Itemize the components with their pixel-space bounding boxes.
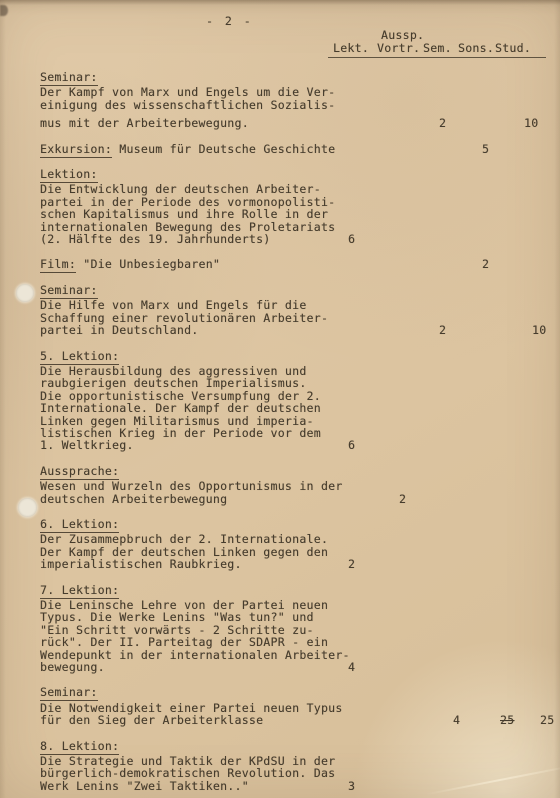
hours-value-lekt: 6 (348, 233, 355, 245)
hours-value-sons: 5 (482, 143, 489, 155)
hours-value-vortr: 2 (399, 493, 406, 505)
text-line: bewegung. (0, 661, 560, 673)
page-number: - 2 - (206, 15, 253, 27)
text-line: Die Entwicklung der deutschen Arbeiter- (0, 183, 560, 195)
section-seminar: Seminar:Die Notwendigkeit einer Partei n… (0, 686, 560, 726)
section-label: Aussprache: (40, 464, 119, 480)
hours-value-lekt: 4 (348, 661, 355, 673)
text-line: imperialistischen Raubkrieg. (0, 558, 560, 570)
text-line: deutschen Arbeiterbewegung (0, 493, 560, 505)
text-line: raubgierigen deutschen Imperialismus. (0, 377, 560, 389)
hole-punch-icon (18, 498, 37, 517)
section-film: Film: "Die Unbesiegbaren"2 (0, 258, 560, 270)
section-label: Exkursion: (40, 142, 112, 158)
text-line: bürgerlich-demokratischen Revolution. Da… (0, 767, 560, 779)
hours-value-sem: 4 (453, 714, 460, 726)
text-line: Wesen und Wurzeln des Opportunismus in d… (0, 480, 560, 492)
section-label: Film: (40, 257, 76, 273)
section-lektion: Lektion:Die Entwicklung der deutschen Ar… (0, 168, 560, 245)
hours-value-lekt: 6 (348, 439, 355, 451)
section-label-line: Lektion: (0, 168, 560, 180)
section-6-lektion: 6. Lektion:Der Zusammepbruch der 2. Inte… (0, 518, 560, 571)
column-header-vortr: Vortr. (377, 42, 420, 54)
text-line: schen Kapitalismus und ihre Rolle in der (0, 208, 560, 220)
section-label-line: Film: "Die Unbesiegbaren" (0, 258, 560, 270)
text-line: Internationale. Der Kampf der deutschen (0, 402, 560, 414)
text-line: Werk Lenins "Zwei Taktiken.." (0, 780, 560, 792)
hours-value-sem: 2 (439, 117, 446, 129)
text-line: 1. Weltkrieg. (0, 439, 560, 451)
text-line: Der Kampf von Marx und Engels um die Ver… (0, 86, 560, 98)
text-line: partei in Deutschland. (0, 324, 560, 336)
text-line: mus mit der Arbeiterbewegung. (0, 117, 560, 129)
section-seminar: Seminar:Die Hilfe von Marx und Engels fü… (0, 284, 560, 337)
corner-smudge (0, 5, 8, 16)
column-header-stud: Stud. (495, 42, 531, 54)
section-label-line: Exkursion: Museum für Deutsche Geschicht… (0, 143, 560, 155)
text-line: einigung des wissenschaftlichen Sozialis… (0, 99, 560, 111)
section-label-line: 8. Lektion: (0, 740, 560, 752)
text-line: Der Zusammepbruch der 2. Internationale. (0, 533, 560, 545)
hours-value-sem: 2 (439, 324, 446, 336)
section-label-line: Seminar: (0, 284, 560, 296)
section-label-line: 6. Lektion: (0, 518, 560, 530)
section-label: 8. Lektion: (40, 739, 119, 755)
hours-value-sons: 2 (482, 258, 489, 270)
hole-punch-icon (16, 284, 34, 302)
text-line: Die Hilfe von Marx und Engels für die (0, 299, 560, 311)
hours-value-stud: 10 (532, 324, 546, 336)
section-label-line: Seminar: (0, 71, 560, 83)
section-label-line: Seminar: (0, 686, 560, 698)
section-5-lektion: 5. Lektion:Die Herausbildung des aggress… (0, 350, 560, 452)
column-header-sem: Sem. (423, 42, 452, 54)
section-label: Seminar: (40, 685, 98, 701)
hours-value-lekt: 2 (348, 558, 355, 570)
section-exkursion: Exkursion: Museum für Deutsche Geschicht… (0, 143, 560, 155)
hours-value-stud: 25 (540, 714, 554, 726)
section-label: Seminar: (40, 283, 98, 299)
section-inline-text: "Die Unbesiegbaren" (76, 257, 220, 271)
section-inline-text: Museum für Deutsche Geschichte (112, 142, 335, 156)
section-label: 5. Lektion: (40, 349, 119, 365)
section-label-line: 5. Lektion: (0, 350, 560, 362)
section-7-lektion: 7. Lektion:Die Leninsche Lehre von der P… (0, 584, 560, 674)
hours-value-lekt: 3 (348, 780, 355, 792)
text-line: rück". Der II. Parteitag der SDAPR - ein (0, 636, 560, 648)
text-line: Typus. Die Werke Lenins "Was tun?" und (0, 611, 560, 623)
column-header-lekt: Lekt. (333, 42, 369, 54)
section-label-line: 7. Lektion: (0, 584, 560, 596)
section-seminar: Seminar:Der Kampf von Marx und Engels um… (0, 71, 560, 130)
document-page: - 2 - Aussp. Lekt.Vortr.Sem.Sons.Stud. S… (0, 0, 560, 798)
text-line: (2. Hälfte des 19. Jahrhunderts) (0, 233, 560, 245)
document-body: Seminar:Der Kampf von Marx und Engels um… (0, 58, 560, 792)
column-header-aussp: Aussp. (381, 29, 424, 41)
section-label: 7. Lektion: (40, 583, 119, 599)
section-label-line: Aussprache: (0, 465, 560, 477)
column-header-row: Lekt.Vortr.Sem.Sons.Stud. (328, 42, 546, 58)
section-aussprache: Aussprache:Wesen und Wurzeln des Opportu… (0, 465, 560, 505)
column-header-sons: Sons. (458, 42, 494, 54)
section-label: 6. Lektion: (40, 517, 119, 533)
text-line: für den Sieg der Arbeiterklasse (0, 714, 560, 726)
section-label: Seminar: (40, 70, 98, 86)
section-label: Lektion: (40, 167, 98, 183)
hours-value-stud: 10 (524, 117, 538, 129)
hours-value-sons: 25 (500, 714, 514, 726)
